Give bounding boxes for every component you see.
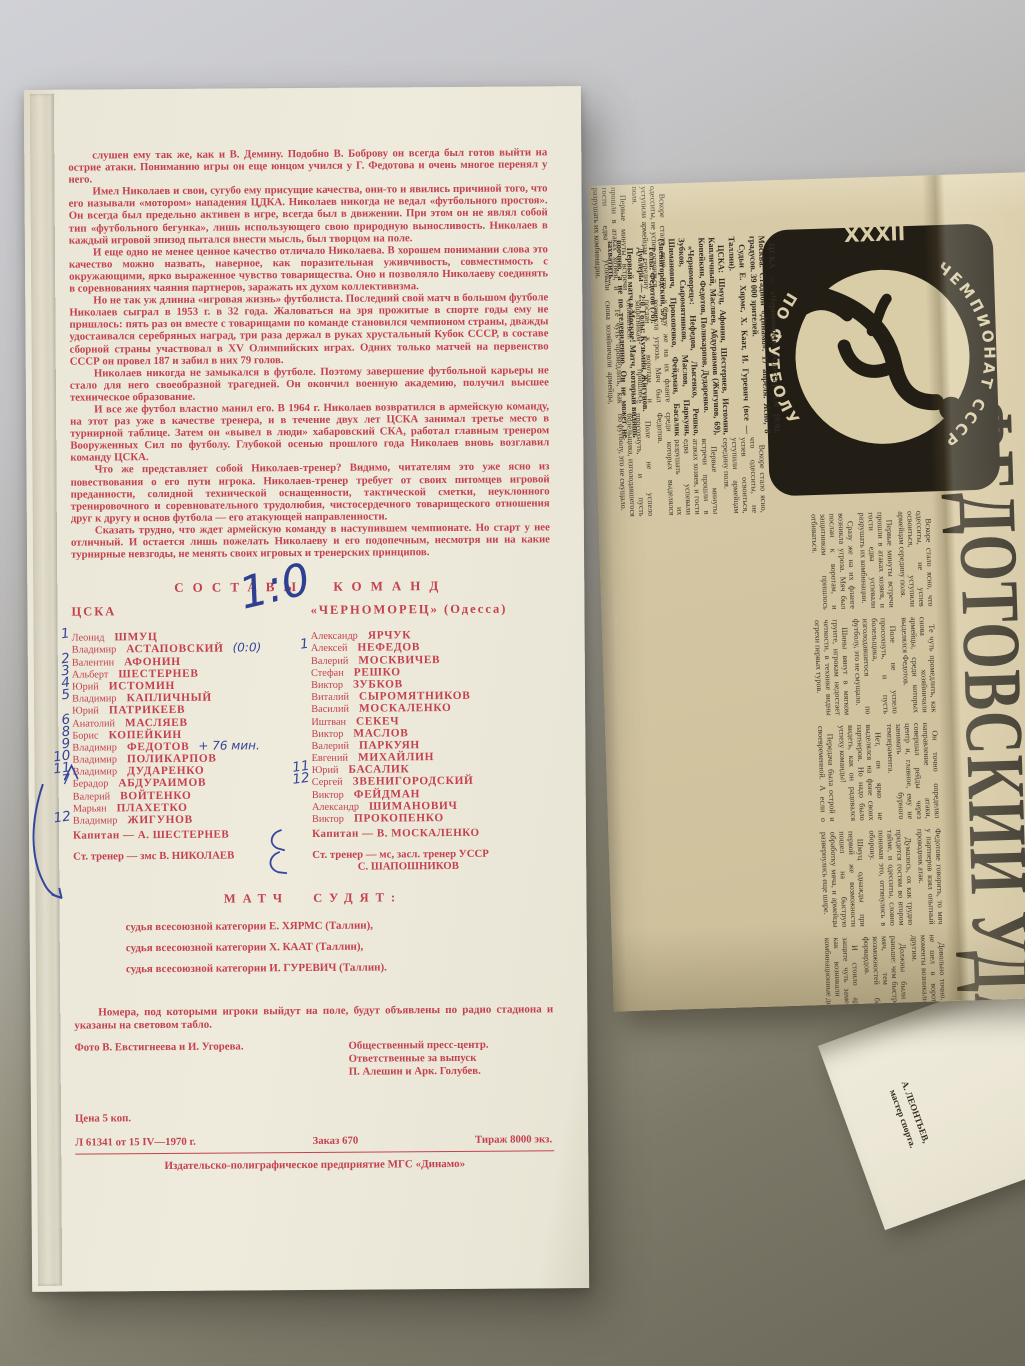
programme-paragraph: Но не так уж длинна «игровая жизнь» футб…	[69, 291, 548, 367]
press-center-block: Общественный пресс-центр.Ответственные з…	[348, 1039, 553, 1079]
handwritten-number: 5	[47, 687, 71, 706]
price-line: Цена 5 коп.	[75, 1110, 554, 1125]
article-column-main: Вскоре стало ясно, что одесситы, не успе…	[601, 510, 949, 1011]
emblem-roman-numeral: XXXII	[844, 221, 906, 247]
imprint-circulation: Тираж 8000 экз.	[475, 1134, 552, 1147]
handwritten-number: 1	[47, 626, 71, 645]
handwritten-number	[49, 796, 71, 799]
article-column-side: Вскоре стало ясно, что одесситы, не успе…	[674, 437, 768, 516]
team-cska-players: 1 Леонид ШМУЦ Владимир АСТАПОВСКИЙ (0:0)	[72, 626, 298, 823]
article-fragment: Шины вянут в мягком грунте, игрокам недо…	[813, 619, 852, 716]
player-row: Виктор ПРОКОПЕНКО	[312, 807, 552, 821]
programme-paragraph: Что же представляет собой Николаев-трене…	[70, 461, 549, 525]
imprint-row: Л 61341 от 15 IV—1970 г. Заказ 670 Тираж…	[75, 1134, 554, 1155]
handwritten-number: 12	[287, 770, 311, 789]
article-fragment: Те чуть промедлить, как снова хозяйничал…	[900, 616, 939, 713]
article-fragment: Шмуц однажды при первой же возможности п…	[819, 831, 867, 928]
numbers-announcement: Номера, под которыми игроки выйдут на по…	[74, 1003, 553, 1032]
team-cska: ЦСКА 1 Леонид ШМУЦ	[71, 603, 298, 875]
article-fragment: Первые минуты встречи прошли в атаках хо…	[674, 438, 720, 515]
article-fragment: И стоило армейской защите чуть замешкать…	[823, 937, 862, 1012]
article-fragment: Вскоре стало ясно, что одесситы, не успе…	[721, 437, 768, 514]
team-chernomorets: «ЧЕРНОМОРЕЦ» (Одесса) Александр ЯРЧУК	[297, 601, 553, 873]
team-chernomorets-players: Александр ЯРЧУК 1 Алексей НЕФЕДОВ	[311, 624, 552, 821]
imprint-order: Заказ 670	[312, 1135, 358, 1147]
handwritten-number: 12	[48, 808, 72, 827]
programme-paragraph: слушен ему так же, как и В. Демину. Подо…	[68, 146, 547, 186]
newspaper-rotated-content: ФЕДОТОВСКИЙ УДАР ЧЕМПИОНАТ СССР ПО ФУТБО…	[588, 172, 1025, 1011]
article-fragment: Поле не успело просохнуть, и пусть болел…	[852, 618, 900, 715]
chernomorets-coach-line: Ст. тренер — мс, засл. тренер УССР	[312, 847, 552, 861]
programme-paragraph: И еще одно не менее ценное качество отли…	[69, 243, 548, 295]
championship-emblem: ЧЕМПИОНАТ СССР ПО ФУТБОЛУ XXXII	[759, 221, 1002, 498]
programme-paragraph: И все же футбол властно манил его. В 196…	[70, 400, 549, 464]
photo-scene: слушен ему так же, как и В. Демину. Подо…	[0, 0, 1025, 1366]
referee-list: судья всесоюзной категории Е. ХЯРМС (Тал…	[74, 914, 553, 980]
match-info-line: ЦСКА: Шмуц, Афонин, Шестернев, Истомин, …	[696, 237, 731, 436]
article-paragraphs: слушен ему так же, как и В. Демину. Подо…	[68, 146, 550, 561]
judges-heading: МАТЧ СУДЯТ:	[73, 889, 552, 907]
programme-paragraph: Сказать трудно, что ждет армейскую коман…	[71, 521, 550, 561]
programme-body: слушен ему так же, как и В. Демину. Подо…	[24, 86, 589, 1173]
programme-paragraph: Николаев никогда не замыкался в футболе.…	[70, 364, 549, 404]
imprint-code: Л 61341 от 15 IV—1970 г.	[75, 1136, 196, 1149]
article-fragment: Вскоре стало ясно, что одесситы, не успе…	[630, 186, 669, 290]
player-last-name: ЖИГУНОВ	[127, 814, 193, 826]
credits-row: Фото В. Евстигнеева и И. Угорева. Общест…	[74, 1039, 553, 1081]
cska-coach-line: Ст. тренер — змс В. НИКОЛАЕВ	[73, 849, 298, 863]
cska-captain-line: Капитан — А. ШЕСТЕРНЕВ	[73, 828, 298, 842]
article-fragment: Довольно точно. Но мяч не шел в ворота, …	[910, 934, 949, 1011]
article-column-top: Вскоре стало ясно, что одесситы, не успе…	[590, 186, 676, 518]
article-fragment: Первые минуты встречи прошли в атаках хо…	[857, 512, 896, 609]
team-chernomorets-name: «ЧЕРНОМОРЕЦ» (Одесса)	[311, 601, 551, 618]
article-fragment: Нет, он ярко не выделялся на фоне своих …	[837, 724, 885, 821]
article-fragment: Сразу же на их фланге возникла угроза. М…	[809, 513, 857, 610]
photo-credit: Фото В. Евстигнеева и И. Угорева.	[74, 1041, 243, 1081]
article-fragment: Первые минуты встречи прошли в атаках хо…	[591, 187, 630, 291]
handwritten-number: 1	[286, 636, 310, 655]
publisher-line: Издательско-полиграфическое предприятие …	[75, 1158, 554, 1173]
article-fragment: Вскоре стало ясно, что одесситы, не успе…	[896, 510, 935, 607]
rosters: 1:0 ЦСКА 1 Леонид ШМУЦ	[71, 601, 552, 874]
referee-line: судья всесоюзной категории И. ГУРЕВИЧ (Т…	[74, 956, 553, 980]
article-fragment: Думалось, ох как трудно придется гостям …	[867, 829, 915, 926]
player-first-name: Виктор	[312, 814, 344, 825]
chernomorets-coach-name: С. ШАПОШНИКОВ	[312, 860, 504, 873]
article-fragment: Он точно определял направление атаки, со…	[885, 722, 942, 820]
programme-page: слушен ему так же, как и В. Демину. Подо…	[24, 86, 589, 1292]
player-last-name: ПРОКОПЕНКО	[354, 812, 444, 825]
article-fragment: Должны были бы и раньше: чем быстрее ход…	[862, 935, 910, 1011]
newspaper-clipping: ФЕДОТОВСКИЙ УДАР ЧЕМПИОНАТ СССР ПО ФУТБО…	[588, 172, 1025, 1011]
handwritten-number: 7	[48, 772, 72, 791]
article-fragment: Поле не успело просохнуть, и пусть болел…	[616, 413, 655, 517]
player-first-name: Владимир	[73, 815, 118, 826]
article-fragment: Сразу же на их фланге возникла угроза. М…	[625, 299, 673, 404]
programme-paragraph: Имел Николаев и свои, сугубо ему присущи…	[68, 183, 547, 247]
player-row: 12 Владимир ЖИГУНОВ	[73, 809, 298, 823]
press-center-line: П. Алешин и Арк. Голубев.	[349, 1065, 554, 1079]
chernomorets-captain-line: Капитан — В. МОСКАЛЕНКО	[312, 826, 552, 840]
